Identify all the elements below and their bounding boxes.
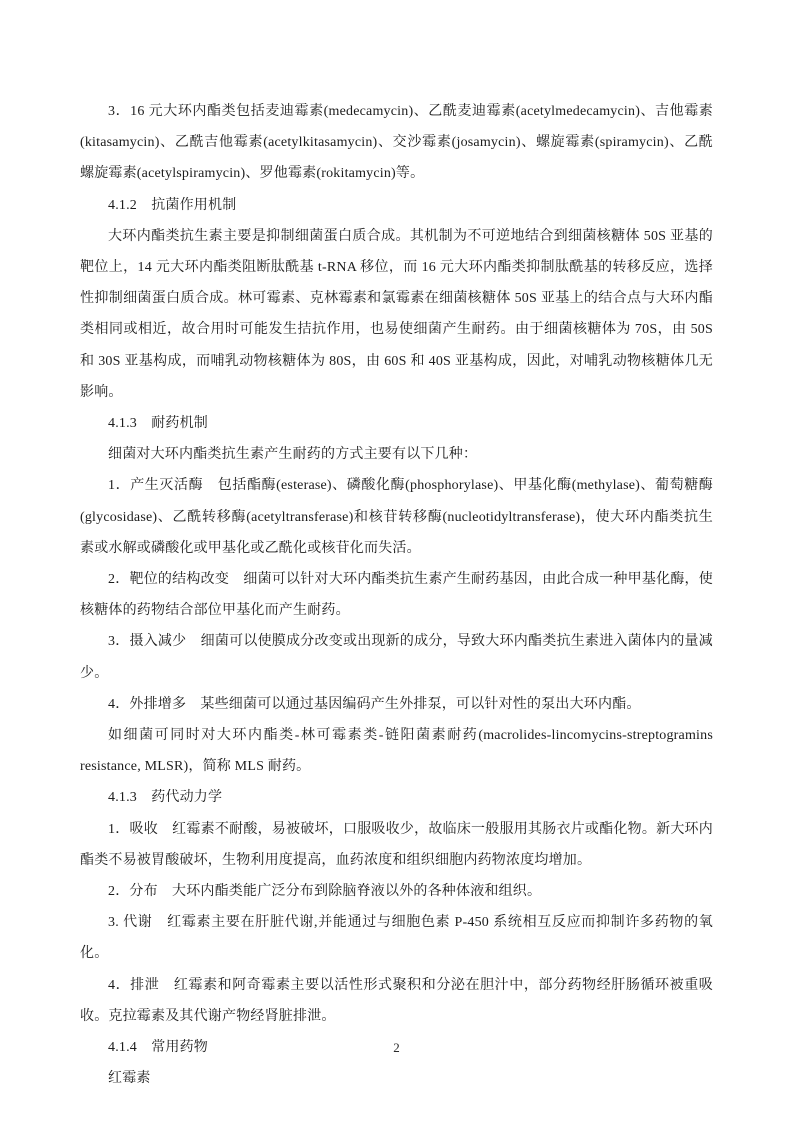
section-heading: 4.1.3 耐药机制: [80, 408, 713, 439]
paragraph: 1．产生灭活酶 包括酯酶(esterase)、磷酸化酶(phosphorylas…: [80, 470, 713, 564]
paragraph: 如细菌可同时对大环内酯类-林可霉素类-链阳菌素耐药(macrolides-lin…: [80, 720, 713, 782]
paragraph: 1．吸收 红霉素不耐酸，易被破坏，口服吸收少，故临床一般服用其肠衣片或酯化物。新…: [80, 814, 713, 876]
paragraph: 3．16 元大环内酯类包括麦迪霉素(medecamycin)、乙酰麦迪霉素(ac…: [80, 96, 713, 190]
paragraph: 4．排泄 红霉素和阿奇霉素主要以活性形式聚积和分泌在胆汁中，部分药物经肝肠循环被…: [80, 970, 713, 1032]
section-heading: 4.1.3 药代动力学: [80, 782, 713, 813]
paragraph: 4．外排增多 某些细菌可以通过基因编码产生外排泵，可以针对性的泵出大环内酯。: [80, 689, 713, 720]
paragraph: 2．靶位的结构改变 细菌可以针对大环内酯类抗生素产生耐药基因，由此合成一种甲基化…: [80, 564, 713, 626]
paragraph: 3．摄入减少 细菌可以使膜成分改变或出现新的成分，导致大环内酯类抗生素进入菌体内…: [80, 626, 713, 688]
document-page: 3．16 元大环内酯类包括麦迪霉素(medecamycin)、乙酰麦迪霉素(ac…: [0, 0, 793, 1122]
text-block: 3．16 元大环内酯类包括麦迪霉素(medecamycin)、乙酰麦迪霉素(ac…: [80, 96, 713, 1095]
section-heading: 4.1.2 抗菌作用机制: [80, 190, 713, 221]
paragraph: 大环内酯类抗生素主要是抑制细菌蛋白质合成。其机制为不可逆地结合到细菌核糖体 50…: [80, 221, 713, 408]
page-number: 2: [393, 1040, 400, 1055]
paragraph: 2．分布 大环内酯类能广泛分布到除脑脊液以外的各种体液和组织。: [80, 876, 713, 907]
paragraph: 红霉素: [80, 1063, 713, 1094]
paragraph: 细菌对大环内酯类抗生素产生耐药的方式主要有以下几种：: [80, 439, 713, 470]
paragraph: 3. 代谢 红霉素主要在肝脏代谢,并能通过与细胞色素 P-450 系统相互反应而…: [80, 907, 713, 969]
page-number-footer: 2: [0, 1038, 793, 1058]
